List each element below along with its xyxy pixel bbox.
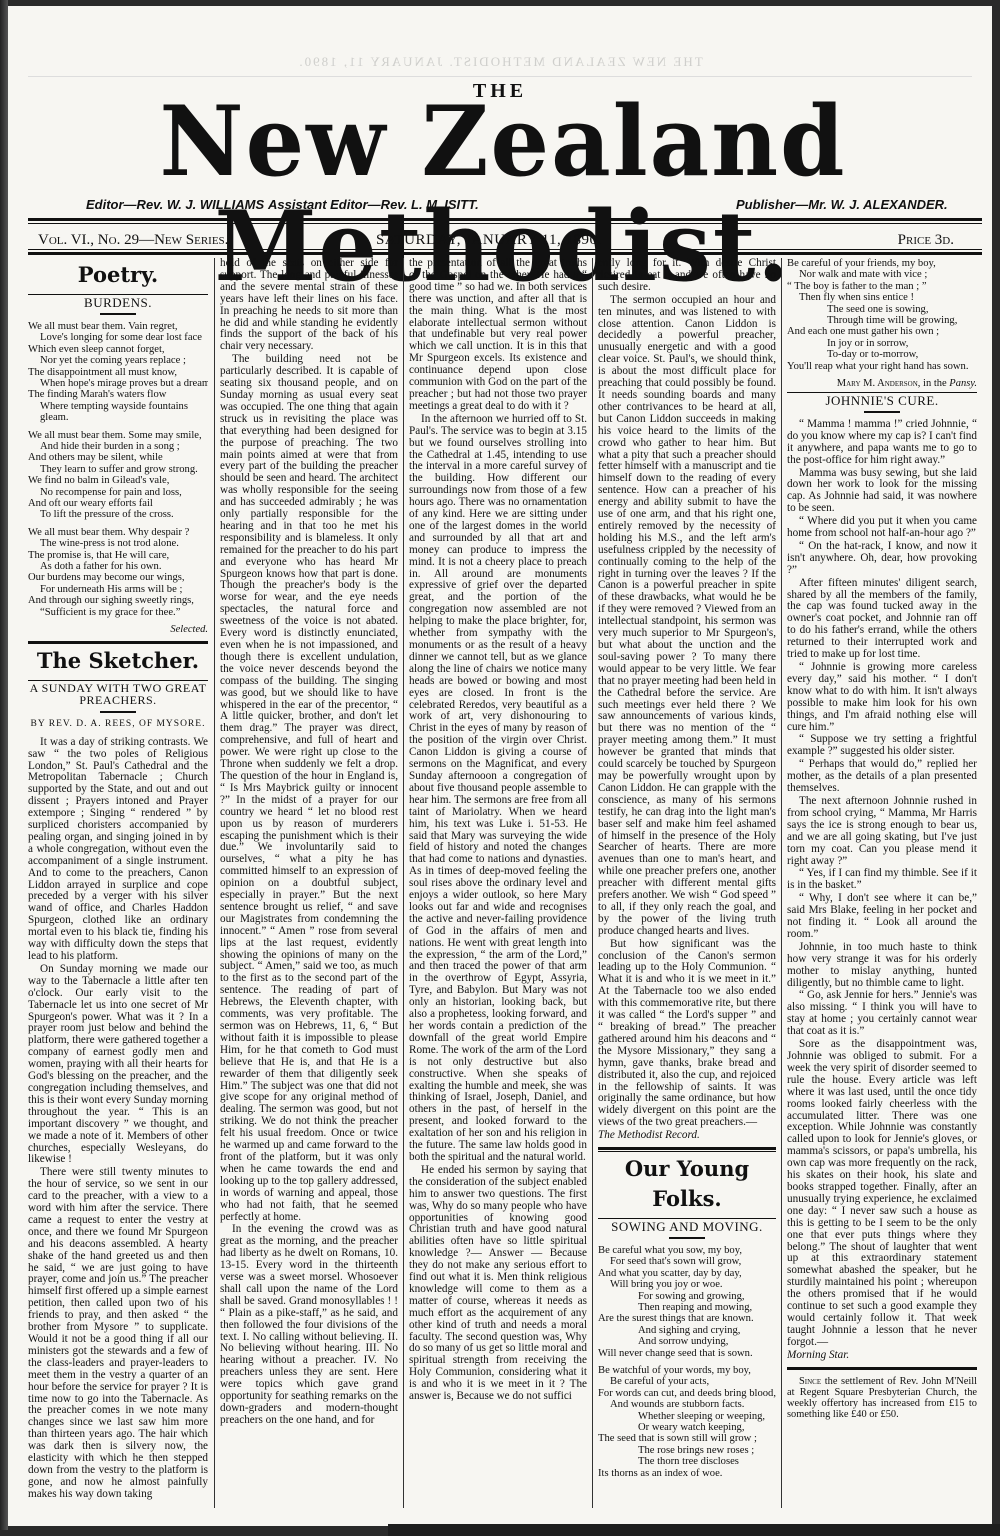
poem-line: The finding Marah's waters flow [28,389,208,400]
poem-line: Where tempting wayside fountains [28,401,208,412]
publisher: Publisher—Mr. W. J. ALEXANDER. [736,197,948,212]
article-paragraph-continued: ently long for it. With desire Christ de… [598,258,776,294]
poem-line: “Sufficient is my grace for thee.” [28,607,208,618]
poem-line: Then fly when sins entice ! [787,292,977,303]
poem-stanza: We all must bear them. Vain regret, Love… [28,321,208,424]
story-paragraph: Mamma was busy sewing, but she laid down… [787,468,977,516]
poem-line: Whether sleeping or weeping, [598,1411,776,1422]
poem-line: gleam. [28,412,208,423]
section-heading-poetry: Poetry. [28,260,208,290]
article-paragraph: The sermon occupied an hour and ten minu… [598,295,776,938]
column-2: hold of the seats on either side for sup… [220,258,398,1508]
article-paragraph: There were still twenty minutes to the h… [28,1167,208,1500]
volume-number: Vol. VI., No. 29—New Series.] [38,232,233,249]
column-3: the presentation of all the great truths… [409,258,587,1508]
poem-line: We all must bear them. Why despair ? [28,527,208,538]
page-edge [0,0,8,1530]
poem-stanza: Be careful what you sow, my boy,For seed… [598,1245,776,1359]
poem-line: For underneath His arms will be ; [28,584,208,595]
newspaper-page: THE NEW ZEALAND METHODIST. JANUARY 11, 1… [8,6,992,1526]
story-paragraph: Sore as the disappointment was, Johnnie … [787,1039,977,1349]
story-paragraph: “ Where did you put it when you came hom… [787,516,977,540]
article-paragraph: He ended his sermon by saying that the c… [409,1165,587,1403]
dateline-rule-thick [28,252,982,255]
article-paragraph-continued: hold of the seats on either side for sup… [220,258,398,353]
column-4: ently long for it. With desire Christ de… [598,258,776,1508]
story-paragraph: “ Why, I don't see where it can be,” sai… [787,893,977,941]
poem-line: For sowing and growing, [598,1291,776,1302]
story-paragraph: “ Go, ask Jennie for hers.” Jennie's was… [787,990,977,1038]
scan-shadow [388,1524,1000,1530]
poem-line: Which even sleep cannot forget, [28,344,208,355]
poem-line: And others may be silent, while [28,452,208,463]
divider [787,1367,977,1370]
poem-line: And through our sighing sweetly rings, [28,595,208,606]
poem-line: We find no balm in Gilead's vale, [28,475,208,486]
poem-stanza: Be watchful of your words, my boy,Be car… [598,1365,776,1479]
story-paragraph: Johnnie, in too much haste to think how … [787,942,977,990]
news-note: Since the settlement of Rev. John M'Neil… [787,1376,977,1420]
column-rule [214,258,215,1508]
article-byline: BY REV. D. A. REES, OF MYSORE. [28,719,208,731]
article-paragraph-continued: the presentation of all the great truths… [409,258,587,413]
story-paragraph: “ Suppose we try setting a frightful exa… [787,734,977,758]
price: Price 3d. [898,232,954,249]
poem-line: Our burdens may become our wings, [28,572,208,583]
poem-line: Be careful what you sow, my boy, [598,1245,776,1256]
section-heading-sketcher: The Sketcher. [28,646,208,676]
column-1: Poetry. BURDENS. We all must bear them. … [28,258,208,1508]
poem-line: For words can cut, and deeds bring blood… [598,1388,776,1399]
poem-line: Will never change seed that is sown. [598,1348,776,1359]
assistant-editor: Assistant Editor—Rev. L. M. ISITT. [268,197,479,212]
column-5: Be careful of your friends, my boy,Nor w… [787,258,977,1508]
poem-line: “ The boy is father to the man ; ” [787,281,977,292]
masthead-rule-top [28,218,982,221]
issue-date: SATURDAY, JANUARY 11, 1890. [376,232,602,249]
divider [598,1147,776,1150]
column-rule [403,258,404,1508]
poem-line: The rose brings new roses ; [598,1445,776,1456]
poem-line: In joy or in sorrow, [787,338,977,349]
poem-line: And oft our weary efforts fail [28,498,208,509]
article-paragraph: In the evening the crowd was as great as… [220,1224,398,1426]
poem-line: And what you scatter, day by day, [598,1268,776,1279]
bleed-through-header: THE NEW ZEALAND METHODIST. JANUARY 11, 1… [28,54,972,70]
poem-line: And sighing and crying, [598,1325,776,1336]
divider [864,411,900,413]
poem-line: The disappointment all must know, [28,367,208,378]
poem-line: The thorn tree discloses [598,1456,776,1467]
section-heading-young-folks: Our Young Folks. [598,1154,776,1214]
poem-line: The wine-press is not trod alone. [28,538,208,549]
poem-line: Be careful of your acts, [598,1376,776,1387]
story-body: “ Mamma ! mamma !” cried Johnnie, “ do y… [787,419,977,1349]
poem-title: BURDENS. [28,297,208,309]
divider [28,641,208,644]
poem-line: Will bring you joy or woe. [598,1279,776,1290]
dateline-rule-thin [28,249,982,250]
article-title: A SUNDAY WITH TWO GREAT PREACHERS. [28,683,208,707]
poem-line: And hide their burden in a song ; [28,441,208,452]
poem-line: Nor walk and mate with vice ; [787,269,977,280]
poem-stanza: We all must bear them. Why despair ? The… [28,527,208,618]
poem-line: Then reaping and mowing, [598,1302,776,1313]
poem-source: Pansy. [949,378,977,389]
poem-author: Mary M. Anderson [837,378,918,389]
poem-attribution: Selected. [28,624,208,636]
poem-line: Nor yet the coming years replace ; [28,355,208,366]
poem-line: And each one must gather his own ; [787,326,977,337]
poem-line: To-day or to-morrow, [787,349,977,360]
bleed-through-rule [28,76,972,77]
poem-line: Through time will be growing, [787,315,977,326]
editor: Editor—Rev. W. J. WILLIAMS [86,197,264,212]
story-paragraph: “ Yes, if I can find my thimble. See if … [787,868,977,892]
story-paragraph: The next afternoon Johnnie rushed in fro… [787,796,977,867]
story-paragraph: “ Johnnie is growing more careless every… [787,662,977,733]
masthead-rule-top-thin [28,223,982,224]
divider [100,711,136,713]
story-title: JOHNNIE'S CURE. [787,395,977,407]
poem-line: No recompense for pain and loss, [28,487,208,498]
poem-attribution: Mary M. Anderson, in the Pansy. [787,378,977,390]
poem-line: The seed one is sowing, [787,304,977,315]
article-paragraph: But how significant was the conclusion o… [598,939,776,1130]
poem-line: Love's longing for some dear lost face [28,332,208,343]
poem-title: SOWING AND MOVING. [598,1221,776,1233]
divider [669,1237,705,1239]
article-paragraph: In the afternoon we hurried off to St. P… [409,414,587,1164]
attribution-text: , in the [918,378,950,389]
story-source: Morning Star. [787,1350,977,1362]
poem-line: When hope's mirage proves but a dream, [28,378,208,389]
poem-line: For seed that's sown will grow, [598,1256,776,1267]
column-rule [592,258,593,1508]
poem-line: Its thorns as an index of woe. [598,1468,776,1479]
article-paragraph: It was a day of striking contrasts. We s… [28,737,208,963]
poem-line: As doth a father for his own. [28,561,208,572]
poem-line: To lift the pressure of the cross. [28,509,208,520]
story-paragraph: “ On the hat-rack, I know, and now it is… [787,541,977,577]
poem-stanza: Be careful of your friends, my boy,Nor w… [787,258,977,372]
poem-line: Or weary watch keeping, [598,1422,776,1433]
poem-line: The seed that is sown still will grow ; [598,1433,776,1444]
article-paragraph: On Sunday morning we made our way to the… [28,964,208,1166]
poem-line: And sorrow undying, [598,1336,776,1347]
article-paragraph: The building need not be particularly de… [220,354,398,1223]
poem-line: Be watchful of your words, my boy, [598,1365,776,1376]
column-rule [781,258,782,1508]
poem-line: We all must bear them. Some may smile, [28,430,208,441]
poem-line: Are the surest things that are known. [598,1313,776,1324]
poem-line: You'll reap what your right hand has sow… [787,361,977,372]
poem-line: And wounds are stubborn facts. [598,1399,776,1410]
poem-line: Be careful of your friends, my boy, [787,258,977,269]
story-paragraph: “ Mamma ! mamma !” cried Johnnie, “ do y… [787,419,977,467]
poem-line: They learn to suffer and grow strong. [28,464,208,475]
article-source: The Methodist Record. [598,1130,776,1142]
divider [598,1151,776,1152]
poem-stanza: We all must bear them. Some may smile, A… [28,430,208,521]
story-paragraph: After fifteen minutes' diligent search, … [787,578,977,661]
story-paragraph: “ Perhaps that would do,” replied her mo… [787,759,977,795]
note-lead: Since [799,1376,821,1387]
divider [100,313,136,315]
poem-line: The promise is, that He will care, [28,550,208,561]
poem-line: We all must bear them. Vain regret, [28,321,208,332]
